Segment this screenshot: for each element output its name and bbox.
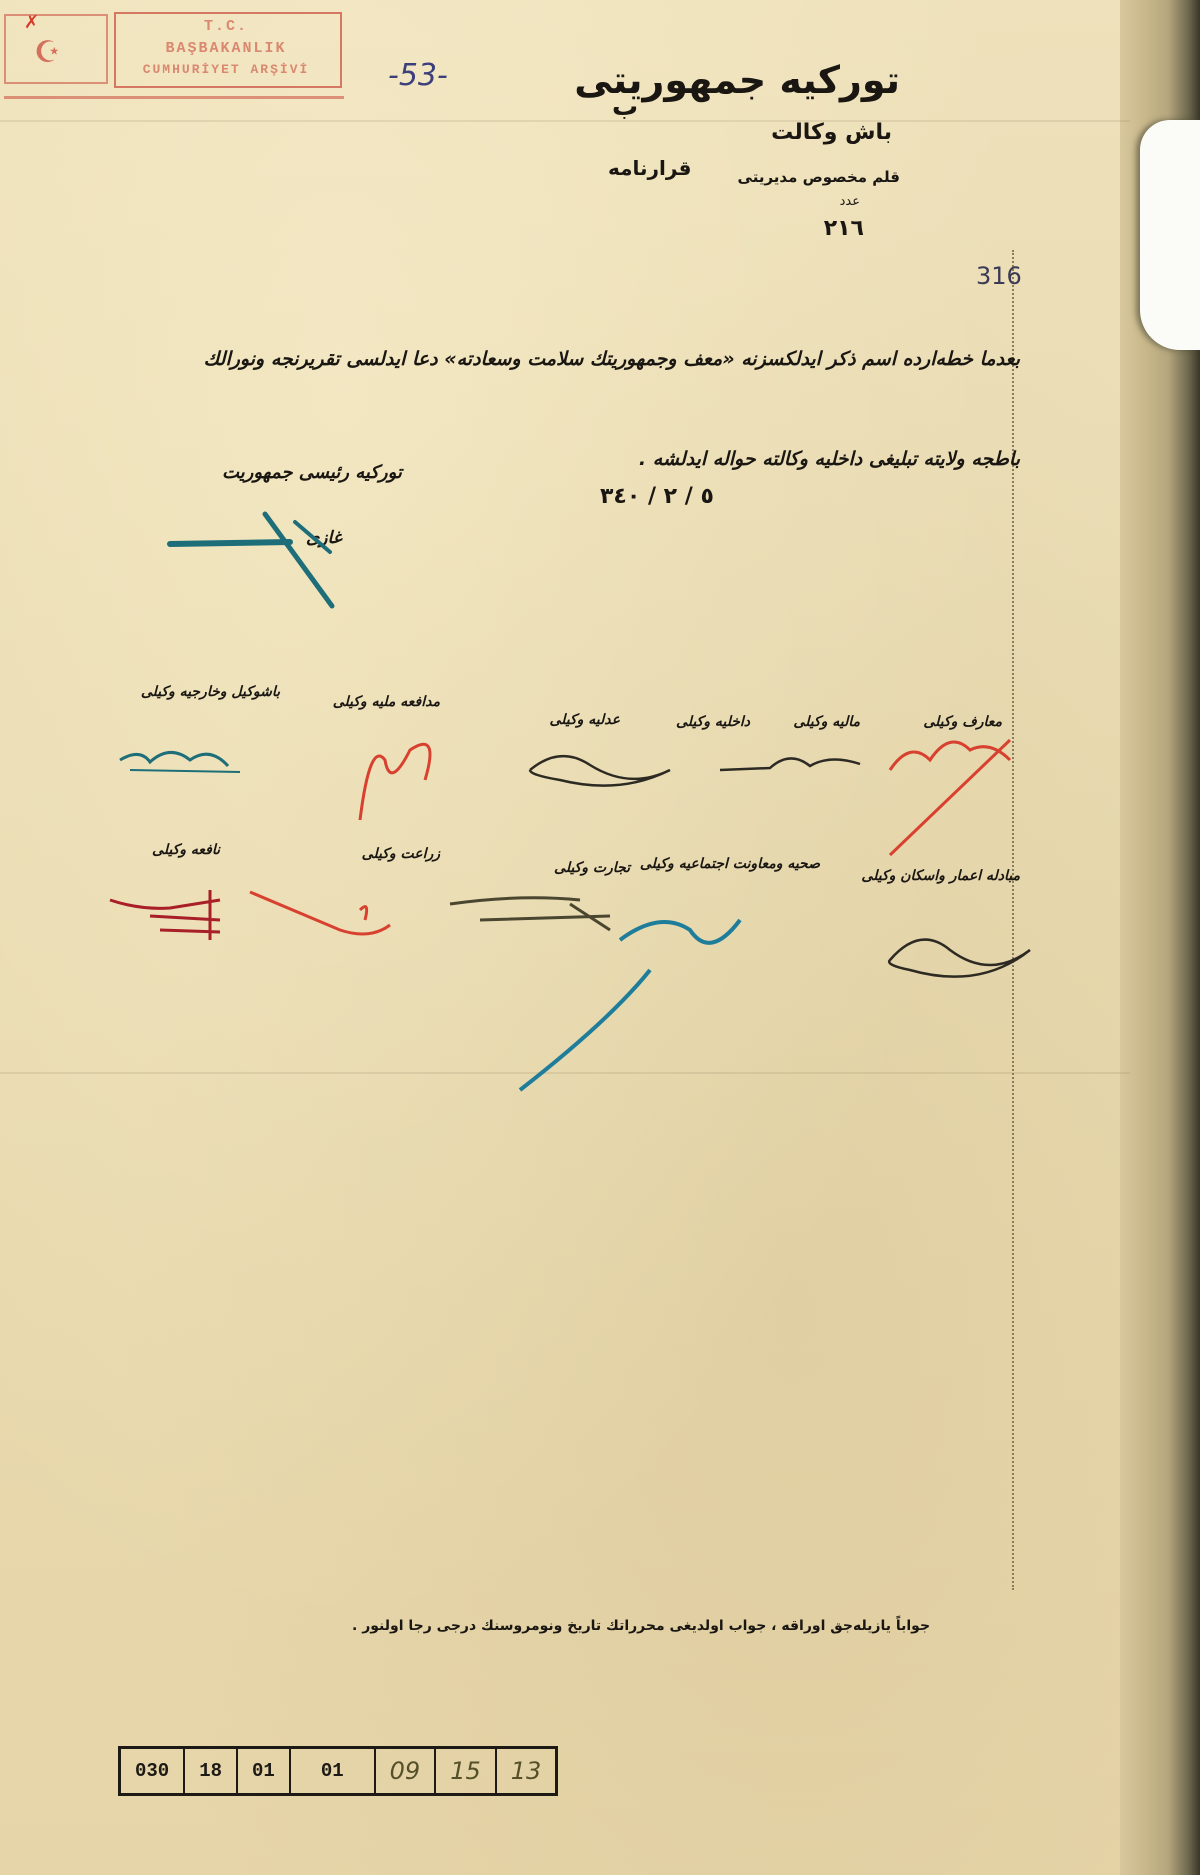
minister-label-defense: مدافعه مليه وكيلى bbox=[333, 694, 440, 710]
minister-label-exchange-reconstruction: مبادله اعمار واسكان وكيلى bbox=[861, 868, 1020, 884]
signature-public-works bbox=[100, 880, 240, 960]
minister-label-public-works: نافعه وكيلى bbox=[152, 842, 220, 858]
code-cell: 030 bbox=[120, 1748, 185, 1795]
letterhead-office: باش وكالت bbox=[771, 120, 892, 145]
signature-pm-foreign bbox=[110, 730, 250, 790]
code-cell: 01 bbox=[237, 1748, 290, 1795]
red-mark-icon: ✗ bbox=[24, 12, 39, 33]
minister-label-interior: داخليه وكيلى bbox=[676, 714, 750, 730]
code-cell-handwritten: 13 bbox=[496, 1748, 557, 1795]
archive-reference-code: 030 18 01 01 09 15 13 bbox=[118, 1746, 558, 1796]
signature-agriculture bbox=[240, 880, 410, 960]
code-cell-handwritten: 15 bbox=[435, 1748, 496, 1795]
stamp-line-3: CUMHURİYET ARŞİVİ bbox=[114, 62, 338, 77]
fold-line bbox=[0, 120, 1130, 122]
code-cell-handwritten: 09 bbox=[375, 1748, 436, 1795]
minister-label-justice: عدليه وكيلى bbox=[549, 712, 620, 728]
letterhead-title: توركيه جمهوريتى bbox=[574, 58, 900, 102]
page-number: -53- bbox=[388, 58, 448, 93]
signature-justice bbox=[520, 740, 680, 800]
code-cell: 01 bbox=[290, 1748, 375, 1795]
document-type: قرارنامه bbox=[608, 156, 691, 180]
handwritten-number: 316 bbox=[976, 262, 1022, 290]
minister-label-commerce: تجارت وكيلى bbox=[554, 860, 630, 876]
code-cell: 18 bbox=[184, 1748, 237, 1795]
signature-health bbox=[510, 900, 770, 1100]
stamp-line-2: BAŞBAKANLIK bbox=[114, 40, 338, 57]
stamp-rule bbox=[4, 96, 344, 99]
number-label: عدد bbox=[840, 194, 860, 209]
signature-education bbox=[870, 720, 1030, 860]
letterhead-department: قلم مخصوص مديريتى bbox=[738, 168, 900, 186]
reply-instructions-note: جواباً يازيله‌جق اوراقه ، جواب اولديغى م… bbox=[352, 1618, 930, 1634]
minister-label-health: صحيه ومعاونت اجتماعيه وكيلى bbox=[640, 856, 820, 872]
crescent-star-icon: ☪ bbox=[34, 38, 61, 68]
minister-label-pm-foreign: باشوكيل وخارجيه وكيلى bbox=[141, 684, 280, 700]
president-title: توركيه رئيسى جمهوريت bbox=[222, 462, 402, 483]
minister-label-agriculture: زراعت وكيلى bbox=[362, 846, 440, 862]
document-date: ٥ / ٢ / ٣٤٠ bbox=[600, 484, 714, 509]
minister-label-finance: ماليه وكيلى bbox=[793, 714, 860, 730]
archive-stamp: ✗ ☪ T.C. BAŞBAKANLIK CUMHURİYET ARŞİVİ bbox=[4, 10, 340, 90]
signature-interior bbox=[710, 740, 870, 790]
stamp-line-1: T.C. bbox=[114, 18, 338, 35]
document-number: ٢١٦ bbox=[824, 216, 864, 241]
president-signature bbox=[160, 510, 350, 620]
signature-defense bbox=[330, 720, 450, 830]
body-text-line-2: باطجه ولايته تبليغى داخليه وكالته حواله … bbox=[639, 448, 1020, 470]
signature-exchange-reconstruction bbox=[870, 920, 1050, 1000]
torn-hole bbox=[1140, 120, 1200, 350]
body-text-line-1: بعدما خطه‌ارده اسم ذكر ايدلكسزنه «معف وج… bbox=[204, 348, 1020, 370]
